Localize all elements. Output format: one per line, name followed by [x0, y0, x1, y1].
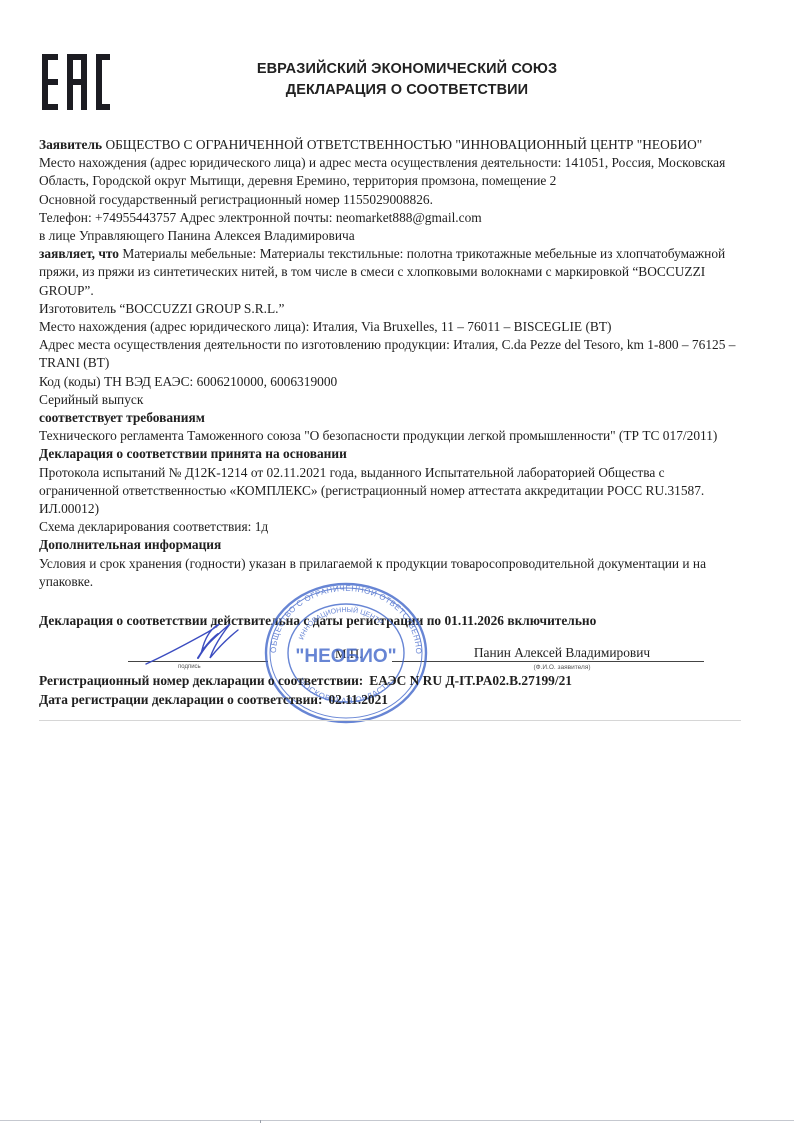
name-line [452, 661, 704, 662]
registration-date-row: Дата регистрации декларации о соответств… [39, 691, 572, 710]
declaration-page: ЕВРАЗИЙСКИЙ ЭКОНОМИЧЕСКИЙ СОЮЗ ДЕКЛАРАЦИ… [0, 0, 794, 1123]
applicant-label: Заявитель [39, 137, 102, 152]
product-description: Материалы мебельные: Материалы текстильн… [39, 246, 725, 297]
union-title: ЕВРАЗИЙСКИЙ ЭКОНОМИЧЕСКИЙ СОЮЗ [20, 59, 794, 80]
applicant-ogrn: Основной государственный регистрационный… [39, 191, 739, 209]
footer-divider [39, 720, 741, 721]
applicant-contacts: Телефон: +74955443757 Адрес электронной … [39, 209, 739, 227]
declaration-body: Заявитель ОБЩЕСТВО С ОГРАНИЧЕННОЙ ОТВЕТС… [39, 136, 739, 591]
signatory-name: Панин Алексей Владимирович [452, 645, 672, 661]
applicant-representative: в лице Управляющего Панина Алексея Влади… [39, 227, 739, 245]
declaration-scheme: Схема декларирования соответствия: 1д [39, 518, 739, 536]
applicant-address: Место нахождения (адрес юридического лиц… [39, 154, 739, 190]
registration-date: 02.11.2021 [328, 692, 388, 707]
registration-block: Регистрационный номер декларации о соотв… [39, 672, 572, 709]
registration-number: ЕАЭС N RU Д-IT.PA02.B.27199/21 [369, 673, 572, 688]
document-header: ЕВРАЗИЙСКИЙ ЭКОНОМИЧЕСКИЙ СОЮЗ ДЕКЛАРАЦИ… [0, 59, 794, 101]
conformity-heading: соответствует требованиям [39, 409, 739, 427]
customs-codes: Код (коды) ТН ВЭД ЕАЭС: 6006210000, 6006… [39, 373, 739, 391]
seal-label: М.П. [335, 646, 362, 662]
signature-caption: подпись [178, 664, 201, 670]
applicant-line: Заявитель ОБЩЕСТВО С ОГРАНИЧЕННОЙ ОТВЕТС… [39, 136, 739, 154]
declares-label: заявляет, что [39, 246, 119, 261]
declares-line: заявляет, что Материалы мебельные: Матер… [39, 245, 739, 300]
validity-statement: Декларация о соответствии действительна … [39, 613, 596, 629]
manufacturer-production-address: Адрес места осуществления деятельности п… [39, 336, 739, 372]
applicant-name: ОБЩЕСТВО С ОГРАНИЧЕННОЙ ОТВЕТСТВЕННОСТЬЮ… [105, 137, 702, 152]
registration-number-label: Регистрационный номер декларации о соотв… [39, 673, 363, 688]
additional-text: Условия и срок хранения (годности) указа… [39, 555, 739, 591]
basis-heading: Декларация о соответствии принята на осн… [39, 445, 739, 463]
page-bottom-edge [0, 1120, 794, 1121]
conformity-text: Технического регламента Таможенного союз… [39, 427, 739, 445]
manufacturer-name: Изготовитель “BOCCUZZI GROUP S.R.L.” [39, 300, 739, 318]
signatory-name-caption: (Ф.И.О. заявителя) [452, 664, 672, 671]
signature-line [128, 661, 268, 662]
release-type: Серийный выпуск [39, 391, 739, 409]
additional-heading: Дополнительная информация [39, 536, 739, 554]
document-title: ДЕКЛАРАЦИЯ О СООТВЕТСТВИИ [20, 80, 794, 101]
registration-date-label: Дата регистрации декларации о соответств… [39, 692, 322, 707]
registration-number-row: Регистрационный номер декларации о соотв… [39, 672, 572, 691]
manufacturer-legal-address: Место нахождения (адрес юридического лиц… [39, 318, 739, 336]
basis-text: Протокола испытаний № Д12К-1214 от 02.11… [39, 464, 739, 519]
seal-line [392, 661, 452, 662]
